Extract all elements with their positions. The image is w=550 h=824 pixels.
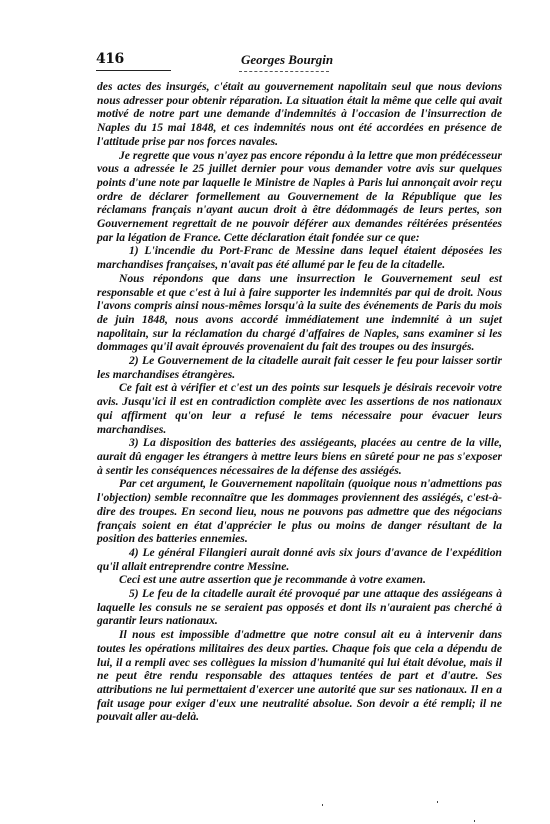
paragraph-point-5: 5) Le feu de la citadelle aurait été pro… bbox=[97, 587, 502, 628]
paragraph-response-3: Par cet argument, le Gouvernement napoli… bbox=[97, 477, 502, 546]
paragraph-point-3: 3) La disposition des batteries des assi… bbox=[97, 436, 502, 477]
page-number: 416 bbox=[96, 51, 124, 67]
scan-speck bbox=[322, 804, 323, 806]
paragraph-je-regrette: Je regrette que vous n'ayez pas encore r… bbox=[97, 149, 502, 245]
paragraph-point-2: 2) Le Gouvernement de la citadelle aurai… bbox=[97, 354, 502, 381]
paragraph-point-4: 4) Le général Filangieri aurait donné av… bbox=[97, 546, 502, 573]
page-header: 416 Georges Bourgin bbox=[96, 51, 502, 73]
paragraph-response-2: Ce fait est à vérifier et c'est un des p… bbox=[97, 381, 502, 436]
paragraph-intro: des actes des insurgés, c'était au gouve… bbox=[97, 80, 502, 149]
paragraph-response-4: Ceci est une autre assertion que je reco… bbox=[97, 573, 502, 587]
paragraph-point-1: 1) L'incendie du Port-Franc de Messine d… bbox=[97, 244, 502, 271]
document-page: 416 Georges Bourgin des actes des insurg… bbox=[0, 0, 550, 824]
paragraph-response-1: Nous répondons que dans une insurrection… bbox=[97, 272, 502, 354]
body-text: des actes des insurgés, c'était au gouve… bbox=[97, 80, 502, 724]
header-rule-left bbox=[96, 70, 171, 72]
running-head-author: Georges Bourgin bbox=[241, 52, 333, 68]
header-rule-right bbox=[239, 71, 329, 72]
paragraph-response-5: Il nous est impossible d'admettre que no… bbox=[97, 628, 502, 724]
scan-speck bbox=[437, 801, 438, 803]
scan-speck bbox=[474, 820, 475, 822]
